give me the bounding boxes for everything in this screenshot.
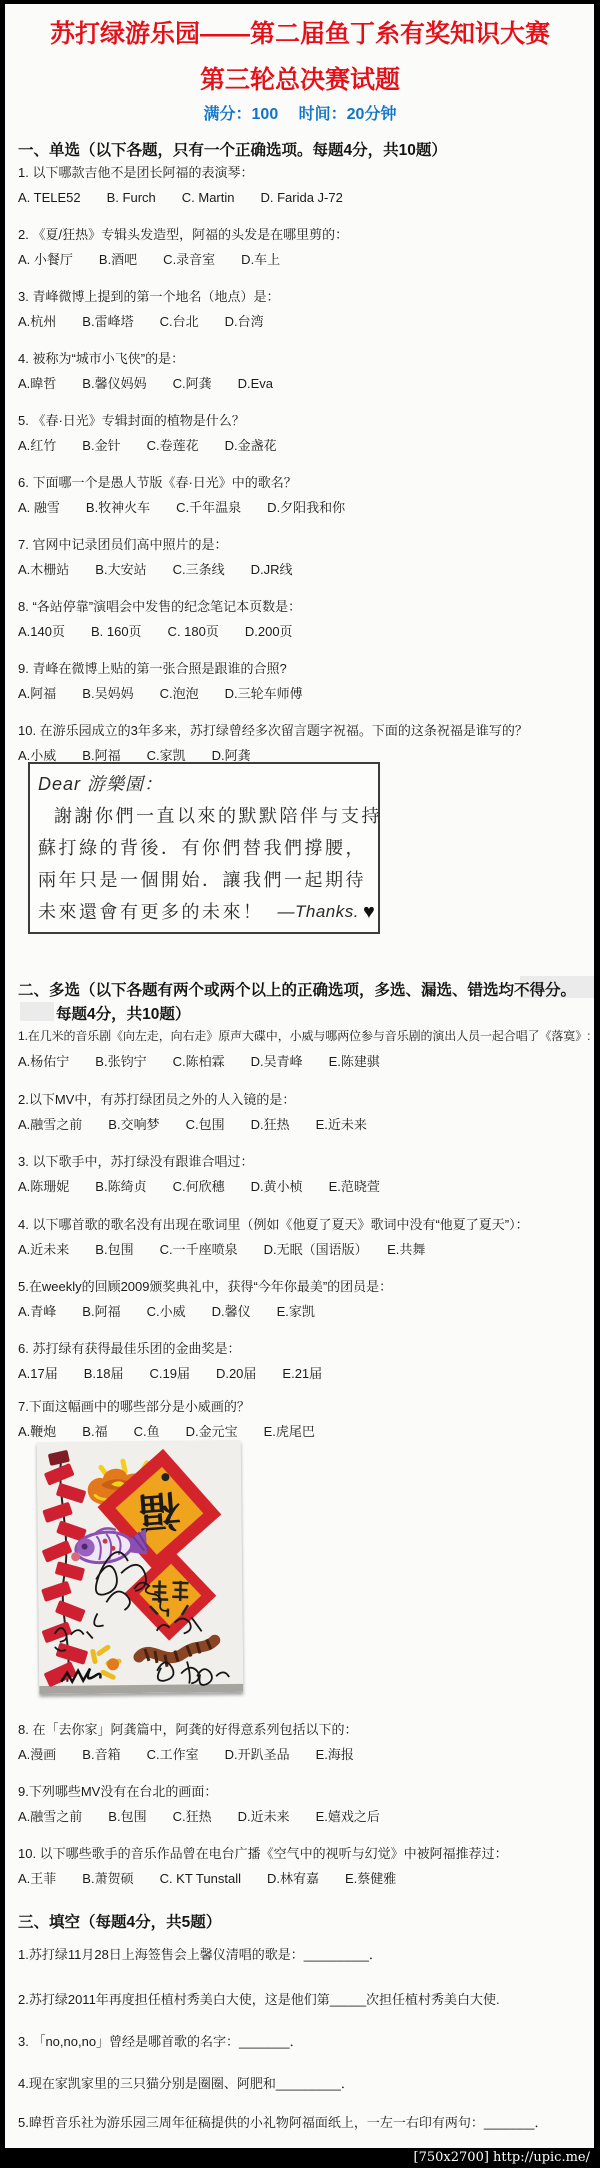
- question: 9. 青峰在微博上贴的第一张合照是跟谁的合照? A.阿福 B.吴妈妈 C.泡泡 …: [18, 660, 593, 702]
- question-text: 6. 苏打绿有获得最佳乐团的金曲奖是：: [18, 1340, 593, 1357]
- frame-edge-right: [594, 0, 600, 2168]
- question-text: 2. 《夏/狂热》专辑头发造型，阿福的头发是在哪里剪的：: [18, 226, 593, 243]
- frame-edge-left: [0, 0, 5, 2168]
- question: 10. 在游乐园成立的3年多来，苏打绿曾经多次留言题字祝福。下面的这条祝福是谁写…: [18, 722, 593, 764]
- page-title-line1: 苏打绿游乐园——第二届鱼丁糸有奖知识大赛: [0, 14, 600, 50]
- drawing-photo-canvas: 福: [37, 1440, 244, 1694]
- question: 8. “各站停靠”演唱会中发售的纪念笔记本页数是： A.140页 B. 160页…: [18, 598, 593, 640]
- question: 3. 以下歌手中，苏打绿没有跟谁合唱过： A.陈珊妮 B.陈绮贞 C.何欣穗 D…: [18, 1153, 593, 1195]
- question: 6. 苏打绿有获得最佳乐团的金曲奖是： A.17届 B.18届 C.19届 D.…: [18, 1340, 593, 1382]
- watermark-bar: [750x2700] http://upic.me/: [0, 2148, 600, 2168]
- question-options: A.陈珊妮 B.陈绮贞 C.何欣穗 D.黄小桢 E.范晓萱: [18, 1178, 593, 1195]
- question-options: A.融雪之前 B.包围 C.狂热 D.近未来 E.嬉戏之后: [18, 1808, 593, 1825]
- question-text: 7.下面这幅画中的哪些部分是小威画的？: [18, 1398, 593, 1415]
- fill-item: 1.苏打绿11月28日上海签售会上馨仪清唱的歌是：_________．: [18, 1946, 593, 1963]
- question-text: 10. 在游乐园成立的3年多来，苏打绿曾经多次留言题字祝福。下面的这条祝福是谁写…: [18, 722, 593, 739]
- section-heading-multi-choice: 二、多选（以下各题有两个或两个以上的正确选项，多选、漏选、错选均不得分。: [18, 978, 593, 1000]
- handwritten-note: Dear 游樂園： 謝謝你們一直以來的默默陪伴与支持 蘇打綠的背後．有你們替我們…: [28, 762, 380, 934]
- question-options: A.140页 B. 160页 C. 180页 D.200页: [18, 623, 593, 640]
- question-options: A.漫画 B.音箱 C.工作室 D.开趴圣品 E.海报: [18, 1746, 593, 1763]
- drawing-photo: 福: [37, 1440, 244, 1694]
- question-text: 9.下列哪些MV没有在台北的画面：: [18, 1783, 593, 1800]
- question-options: A.融雪之前 B.交响梦 C.包围 D.狂热 E.近未来: [18, 1116, 593, 1133]
- question-text: 5.在weekly的回顾2009颁奖典礼中，获得“今年你最美”的团员是：: [18, 1278, 593, 1295]
- question-text: 2.以下MV中，有苏打绿团员之外的人入镜的是：: [18, 1091, 593, 1108]
- score-time-info: 满分：100 时间：20分钟: [0, 101, 600, 124]
- question: 7.下面这幅画中的哪些部分是小威画的？ A.鞭炮 B.福 C.鱼 D.金元宝 E…: [18, 1398, 593, 1440]
- question-options: A.近未来 B.包围 C.一千座喷泉 D.无眠（国语版） E.共舞: [18, 1241, 593, 1258]
- note-signoff: —Thanks.: [278, 896, 359, 928]
- question-options: A.杭州 B.雷峰塔 C.台北 D.台湾: [18, 313, 593, 330]
- question: 1.在几米的音乐剧《向左走，向右走》原声大碟中，小威与哪两位参与音乐剧的演出人员…: [18, 1028, 593, 1070]
- question-text: 3. 以下歌手中，苏打绿没有跟谁合唱过：: [18, 1153, 593, 1170]
- question: 5. 《春·日光》专辑封面的植物是什么？ A.红竹 B.金针 C.卷莲花 D.金…: [18, 412, 593, 454]
- question-options: A.王菲 B.萧贺硕 C. KT Tunstall D.林宥嘉 E.蔡健雅: [18, 1870, 593, 1887]
- note-line: 蘇打綠的背後．有你們替我們撐腰，: [38, 832, 370, 864]
- question-text: 10. 以下哪些歌手的音乐作品曾在电台广播《空气中的视听与幻觉》中被阿福推荐过：: [18, 1845, 593, 1862]
- fill-item: 2.苏打绿2011年再度担任植村秀美白大使，这是他们第_____次担任植村秀美白…: [18, 1991, 593, 2008]
- fu-character: 福: [137, 1486, 183, 1536]
- question-text: 7. 官网中记录团员们高中照片的是：: [18, 536, 593, 553]
- question: 5.在weekly的回顾2009颁奖典礼中，获得“今年你最美”的团员是： A.青…: [18, 1278, 593, 1320]
- question: 2.以下MV中，有苏打绿团员之外的人入镜的是： A.融雪之前 B.交响梦 C.包…: [18, 1091, 593, 1133]
- fill-item: 5.暐哲音乐社为游乐园三周年征稿提供的小礼物阿福面纸上，一左一右印有两句：___…: [18, 2114, 593, 2131]
- question: 4. 以下哪首歌的歌名没有出现在歌词里（例如《他夏了夏天》歌词中没有“他夏了夏天…: [18, 1216, 593, 1258]
- note-line: 未來還會有更多的未來！ —Thanks. ♥: [38, 896, 370, 928]
- heart-icon: ♥: [363, 896, 377, 928]
- question-text: 8. “各站停靠”演唱会中发售的纪念笔记本页数是：: [18, 598, 593, 615]
- question: 8. 在「去你家」阿龚篇中，阿龚的好得意系列包括以下的： A.漫画 B.音箱 C…: [18, 1721, 593, 1763]
- question-text: 3. 青峰微博上提到的第一个地名（地点）是：: [18, 288, 593, 305]
- frame-edge-top: [0, 0, 600, 4]
- fill-item: 4.现在家凯家里的三只猫分别是圈圈、阿肥和_________．: [18, 2075, 593, 2092]
- question-options: A.红竹 B.金针 C.卷莲花 D.金盏花: [18, 437, 593, 454]
- note-line: 兩年只是一個開始．讓我們一起期待: [38, 864, 370, 896]
- question-text: 6. 下面哪一个是愚人节版《春·日光》中的歌名？: [18, 474, 593, 491]
- question-options: A.青峰 B.阿福 C.小威 D.馨仪 E.家凯: [18, 1303, 593, 1320]
- question: 10. 以下哪些歌手的音乐作品曾在电台广播《空气中的视听与幻觉》中被阿福推荐过：…: [18, 1845, 593, 1887]
- question: 3. 青峰微博上提到的第一个地名（地点）是： A.杭州 B.雷峰塔 C.台北 D…: [18, 288, 593, 330]
- scan-artifact: [20, 1002, 54, 1021]
- watermark-text: [750x2700] http://upic.me/: [414, 2150, 590, 2165]
- question-options: A.阿福 B.吴妈妈 C.泡泡 D.三轮车师傅: [18, 685, 593, 702]
- question-text: 1.在几米的音乐剧《向左走，向右走》原声大碟中，小威与哪两位参与音乐剧的演出人员…: [18, 1028, 593, 1045]
- question: 1. 以下哪款吉他不是团长阿福的表演琴： A. TELE52 B. Furch …: [18, 164, 593, 206]
- question-options: A.鞭炮 B.福 C.鱼 D.金元宝 E.虎尾巴: [18, 1423, 593, 1440]
- question-options: A. 融雪 B.牧神火车 C.千年温泉 D.夕阳我和你: [18, 499, 593, 516]
- question-options: A. 小餐厅 B.酒吧 C.录音室 D.车上: [18, 251, 593, 268]
- question: 2. 《夏/狂热》专辑头发造型，阿福的头发是在哪里剪的： A. 小餐厅 B.酒吧…: [18, 226, 593, 268]
- section-heading-fill-blank: 三、填空（每题4分，共5题）: [18, 1910, 593, 1932]
- question-text: 9. 青峰在微博上贴的第一张合照是跟谁的合照?: [18, 660, 593, 677]
- question-text: 5. 《春·日光》专辑封面的植物是什么？: [18, 412, 593, 429]
- question: 7. 官网中记录团员们高中照片的是： A.木栅站 B.大安站 C.三条线 D.J…: [18, 536, 593, 578]
- question-options: A.杨佑宁 B.张钧宁 C.陈柏霖 D.吴青峰 E.陈建骐: [18, 1053, 593, 1070]
- section-heading-single-choice: 一、单选（以下各题，只有一个正确选项。每题4分，共10题）: [18, 138, 593, 160]
- question-text: 4. 以下哪首歌的歌名没有出现在歌词里（例如《他夏了夏天》歌词中没有“他夏了夏天…: [18, 1216, 593, 1233]
- note-line-text: 未來還會有更多的未來！: [38, 896, 264, 928]
- question-options: A. TELE52 B. Furch C. Martin D. Farida J…: [18, 189, 593, 206]
- question: 6. 下面哪一个是愚人节版《春·日光》中的歌名？ A. 融雪 B.牧神火车 C.…: [18, 474, 593, 516]
- question: 9.下列哪些MV没有在台北的画面： A.融雪之前 B.包围 C.狂热 D.近未来…: [18, 1783, 593, 1825]
- section-heading-multi-choice-line2: 每题4分，共10题）: [56, 1002, 600, 1024]
- question-text: 1. 以下哪款吉他不是团长阿福的表演琴：: [18, 164, 593, 181]
- note-salutation: Dear 游樂園：: [38, 768, 370, 800]
- question-text: 8. 在「去你家」阿龚篇中，阿龚的好得意系列包括以下的：: [18, 1721, 593, 1738]
- page-title-line2: 第三轮总决赛试题: [0, 60, 600, 96]
- question-options: A.暐哲 B.馨仪妈妈 C.阿龚 D.Eva: [18, 375, 593, 392]
- question-text: 4. 被称为“城市小飞侠”的是：: [18, 350, 593, 367]
- question: 4. 被称为“城市小飞侠”的是： A.暐哲 B.馨仪妈妈 C.阿龚 D.Eva: [18, 350, 593, 392]
- question-options: A.木栅站 B.大安站 C.三条线 D.JR线: [18, 561, 593, 578]
- question-options: A.17届 B.18届 C.19届 D.20届 E.21届: [18, 1365, 593, 1382]
- note-line: 謝謝你們一直以來的默默陪伴与支持: [38, 800, 370, 832]
- fill-item: 3. 「no,no,no」曾经是哪首歌的名字：_______．: [18, 2033, 593, 2050]
